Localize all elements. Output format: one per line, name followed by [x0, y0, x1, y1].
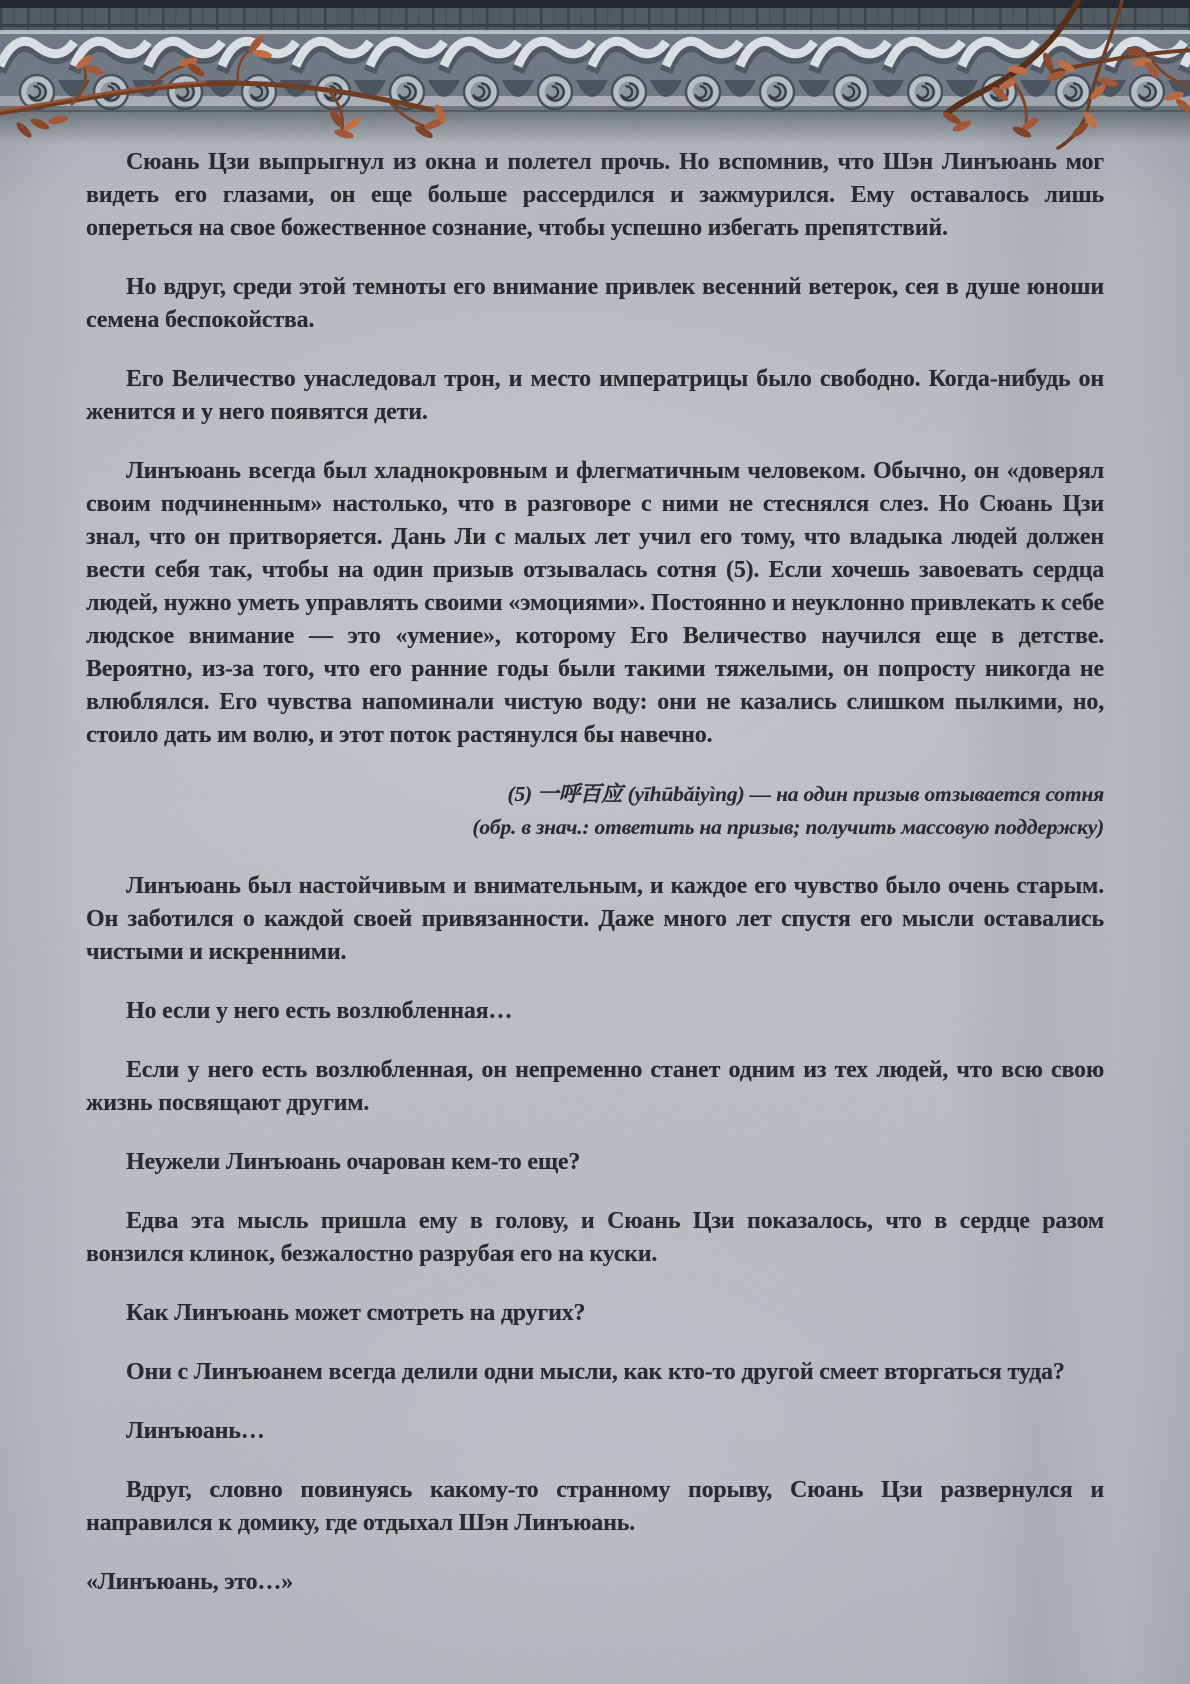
ebook-page: Сюань Цзи выпрыгнул из окна и полетел пр… — [0, 0, 1190, 1684]
paragraph: Линъюань был настойчивым и внимательным,… — [86, 870, 1104, 969]
paragraph: Но вдруг, среди этой темноты его внимани… — [86, 271, 1104, 337]
footnote-line: (обр. в знач.: ответить на призыв; получ… — [86, 811, 1104, 844]
paragraph: Они с Линъюанем всегда делили одни мысли… — [86, 1356, 1104, 1389]
page-content: Сюань Цзи выпрыгнул из окна и полетел пр… — [86, 146, 1104, 1625]
paragraph: Сюань Цзи выпрыгнул из окна и полетел пр… — [86, 146, 1104, 245]
paragraph: Едва эта мысль пришла ему в голову, и Сю… — [86, 1205, 1104, 1271]
footnote: (5) 一呼百应 (yīhūbǎiyìng) — на один призыв … — [86, 778, 1104, 844]
paragraph: Его Величество унаследовал трон, и место… — [86, 363, 1104, 429]
paragraph: Линъюань всегда был хладнокровным и флег… — [86, 455, 1104, 752]
paragraph: Но если у него есть возлюбленная… — [86, 995, 1104, 1028]
paragraph-dialogue: «Линъюань, это…» — [86, 1566, 1104, 1599]
paragraph: Вдруг, словно повинуясь какому-то странн… — [86, 1474, 1104, 1540]
paragraph: Неужели Линъюань очарован кем-то еще? — [86, 1146, 1104, 1179]
paragraph: Если у него есть возлюбленная, он непрем… — [86, 1054, 1104, 1120]
roof-tiles-header-illustration — [0, 0, 1190, 158]
footnote-line: (5) 一呼百应 (yīhūbǎiyìng) — на один призыв … — [86, 778, 1104, 811]
paragraph: Линъюань… — [86, 1415, 1104, 1448]
paragraph: Как Линъюань может смотреть на других? — [86, 1297, 1104, 1330]
